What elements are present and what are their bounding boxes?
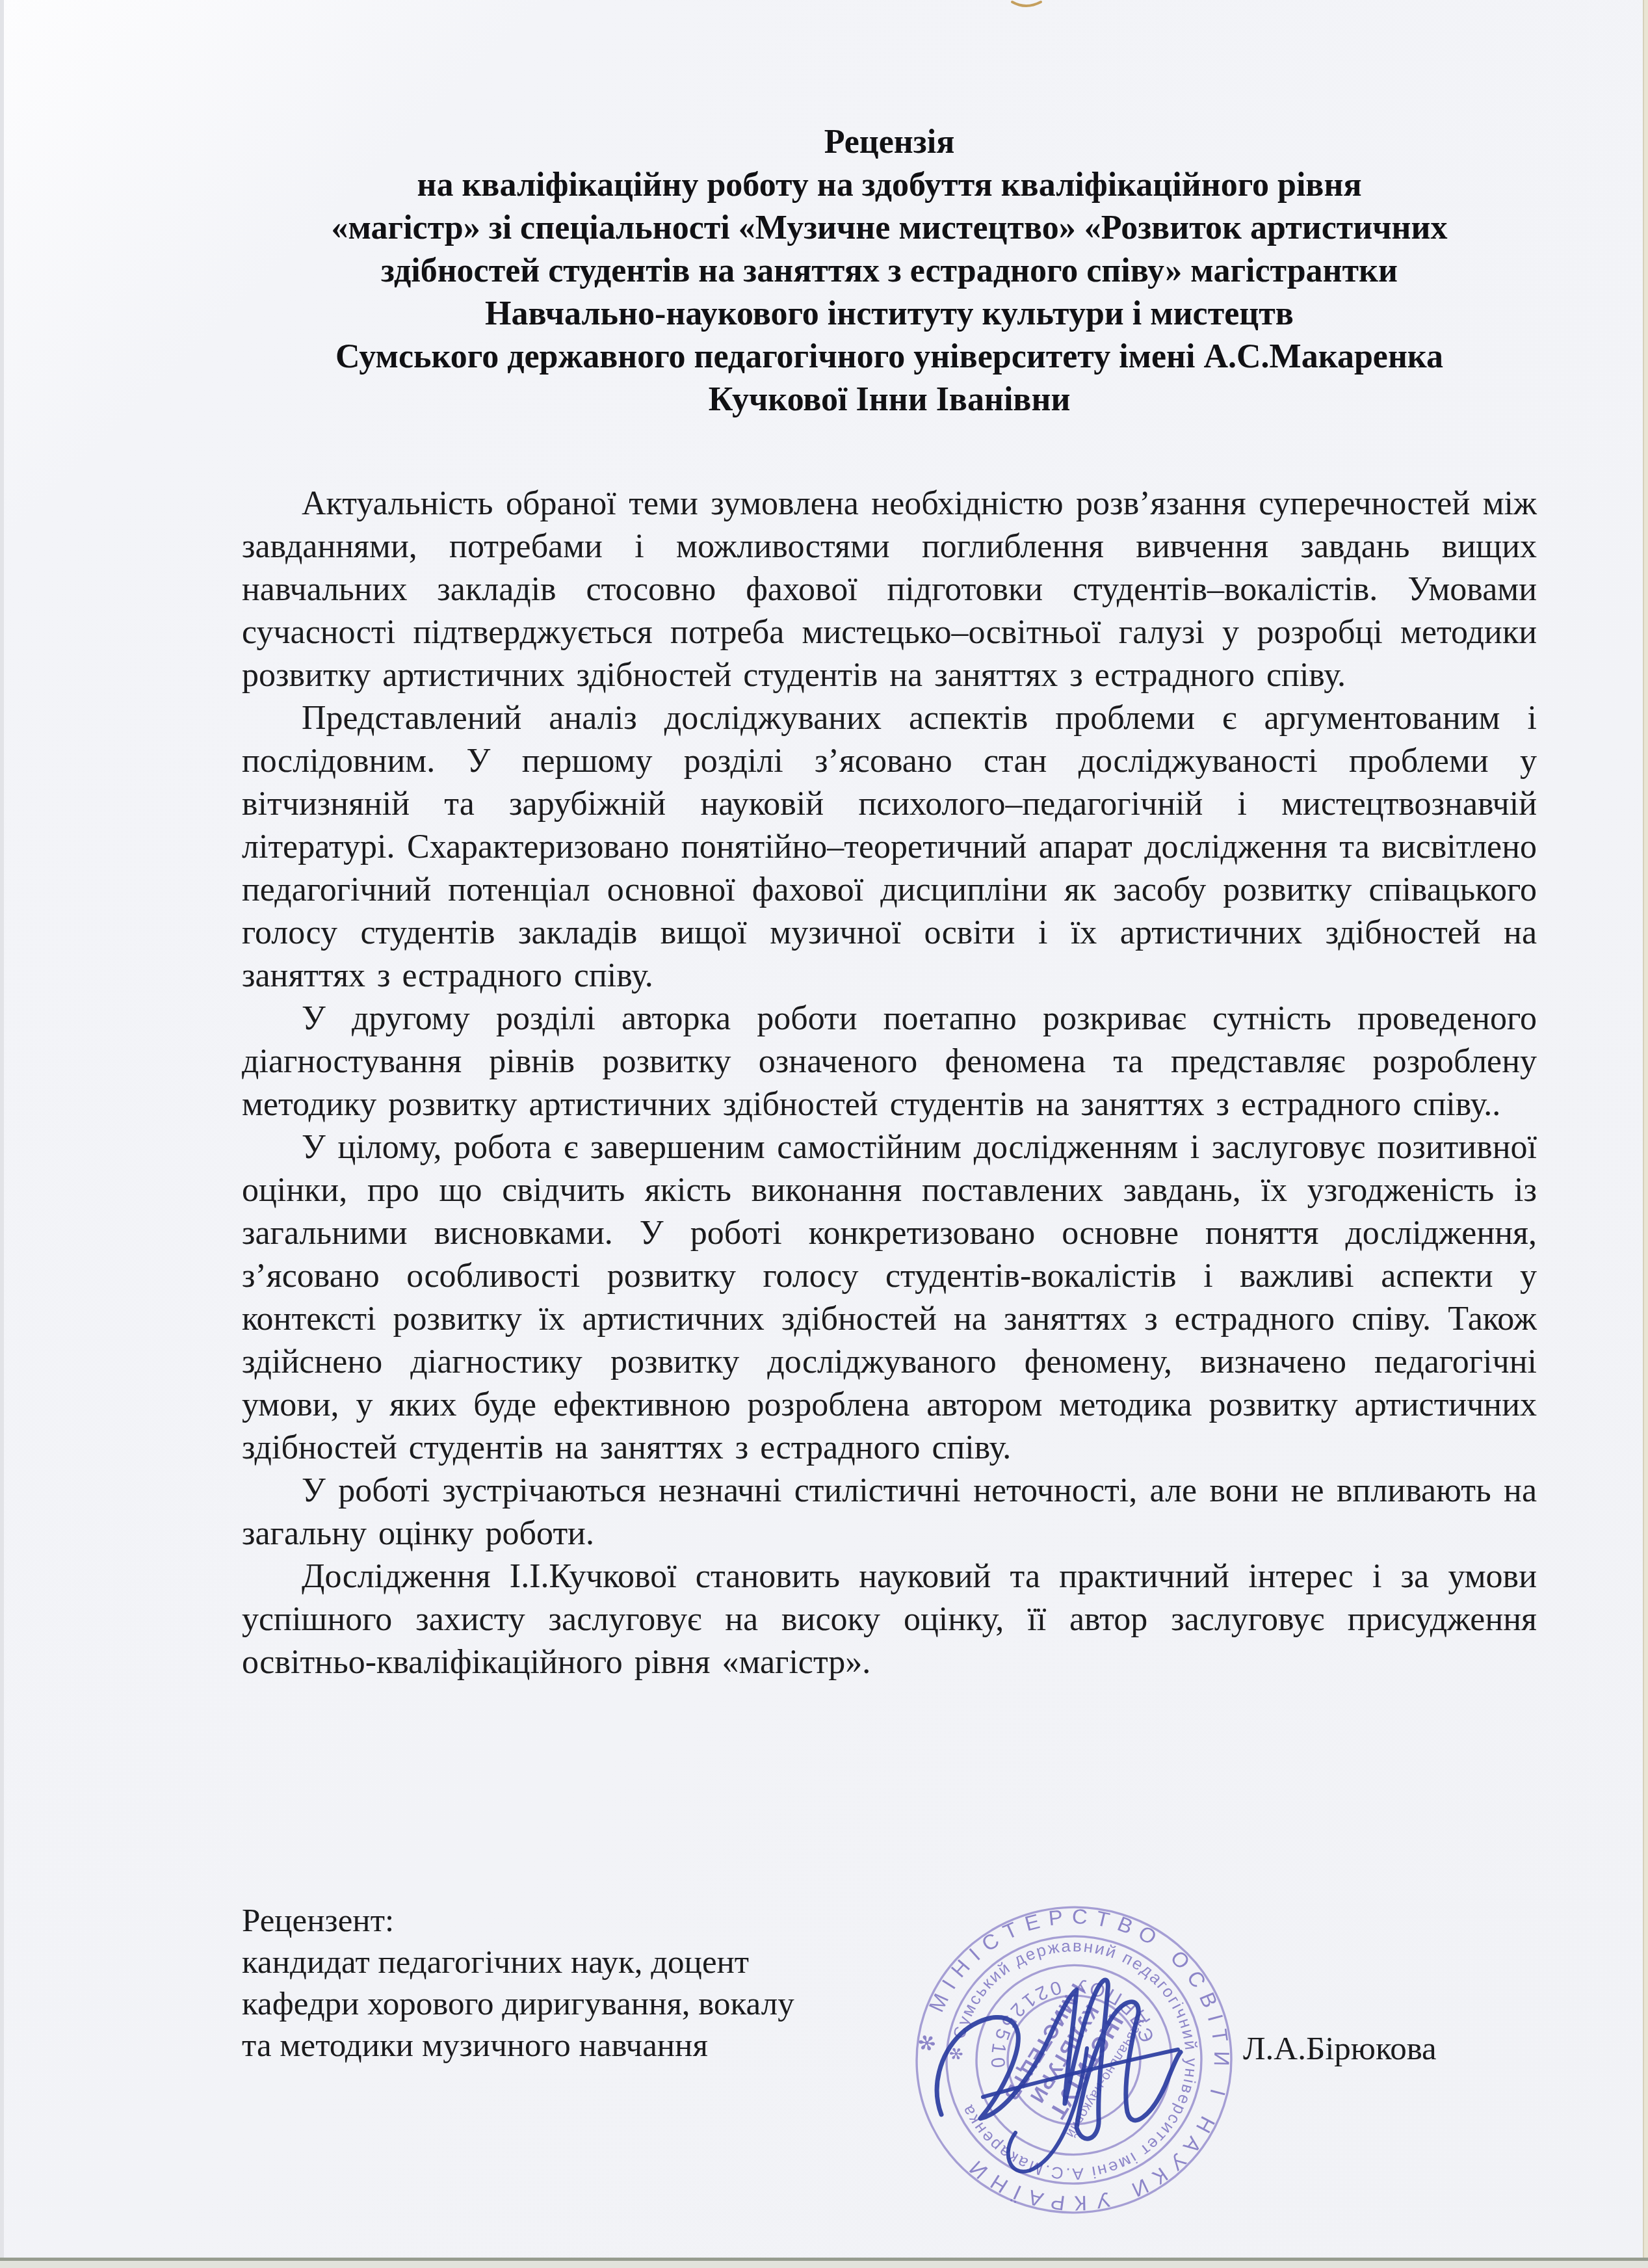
title-line: «магістр» зі спеціальності «Музичне мист…: [242, 207, 1537, 250]
left-edge-strip: [0, 0, 4, 2268]
title-line: на кваліфікаційну роботу на здобуття ква…: [242, 164, 1537, 207]
paragraph: Дослідження І.І.Кучкової становить науко…: [242, 1555, 1537, 1684]
right-edge-strip: [1643, 0, 1648, 2268]
reviewer-line: кафедри хорового диригування, вокалу: [242, 1983, 1087, 2025]
paragraph: Представлений аналіз досліджуваних аспек…: [242, 697, 1537, 997]
top-scuff-mark: [1012, 2, 1041, 6]
reviewer-block: Рецензент: кандидат педагогічних наук, д…: [242, 1900, 1087, 2066]
paragraph: Актуальність обраної теми зумовлена необ…: [242, 482, 1537, 697]
reviewer-line: кандидат педагогічних наук, доцент: [242, 1942, 1087, 1983]
title-line: Рецензія: [242, 121, 1537, 164]
reviewer-line: та методики музичного навчання: [242, 2025, 1087, 2066]
paragraph: У другому розділі авторка роботи поетапн…: [242, 997, 1537, 1126]
scanned-review-page: Рецензія на кваліфікаційну роботу на здо…: [0, 0, 1648, 2268]
title-line: Сумського державного педагогічного уніве…: [242, 336, 1537, 378]
title-line: здібностей студентів на заняттях з естра…: [242, 250, 1537, 293]
review-body: Актуальність обраної теми зумовлена необ…: [242, 482, 1537, 1684]
paragraph: У роботі зустрічаються незначні стилісти…: [242, 1470, 1537, 1555]
title-block: Рецензія на кваліфікаційну роботу на здо…: [242, 121, 1537, 421]
title-line: Кучкової Інни Іванівни: [242, 378, 1537, 421]
reviewer-label: Рецензент:: [242, 1900, 1087, 1942]
title-line: Навчально-наукового інституту культури і…: [242, 293, 1537, 336]
reviewer-name: Л.А.Бірюкова: [1243, 2030, 1437, 2068]
bottom-edge-strip: [0, 2261, 1648, 2268]
signature-stroke-descender: [1008, 2048, 1087, 2172]
paragraph: У цілому, робота є завершеним самостійни…: [242, 1126, 1537, 1470]
